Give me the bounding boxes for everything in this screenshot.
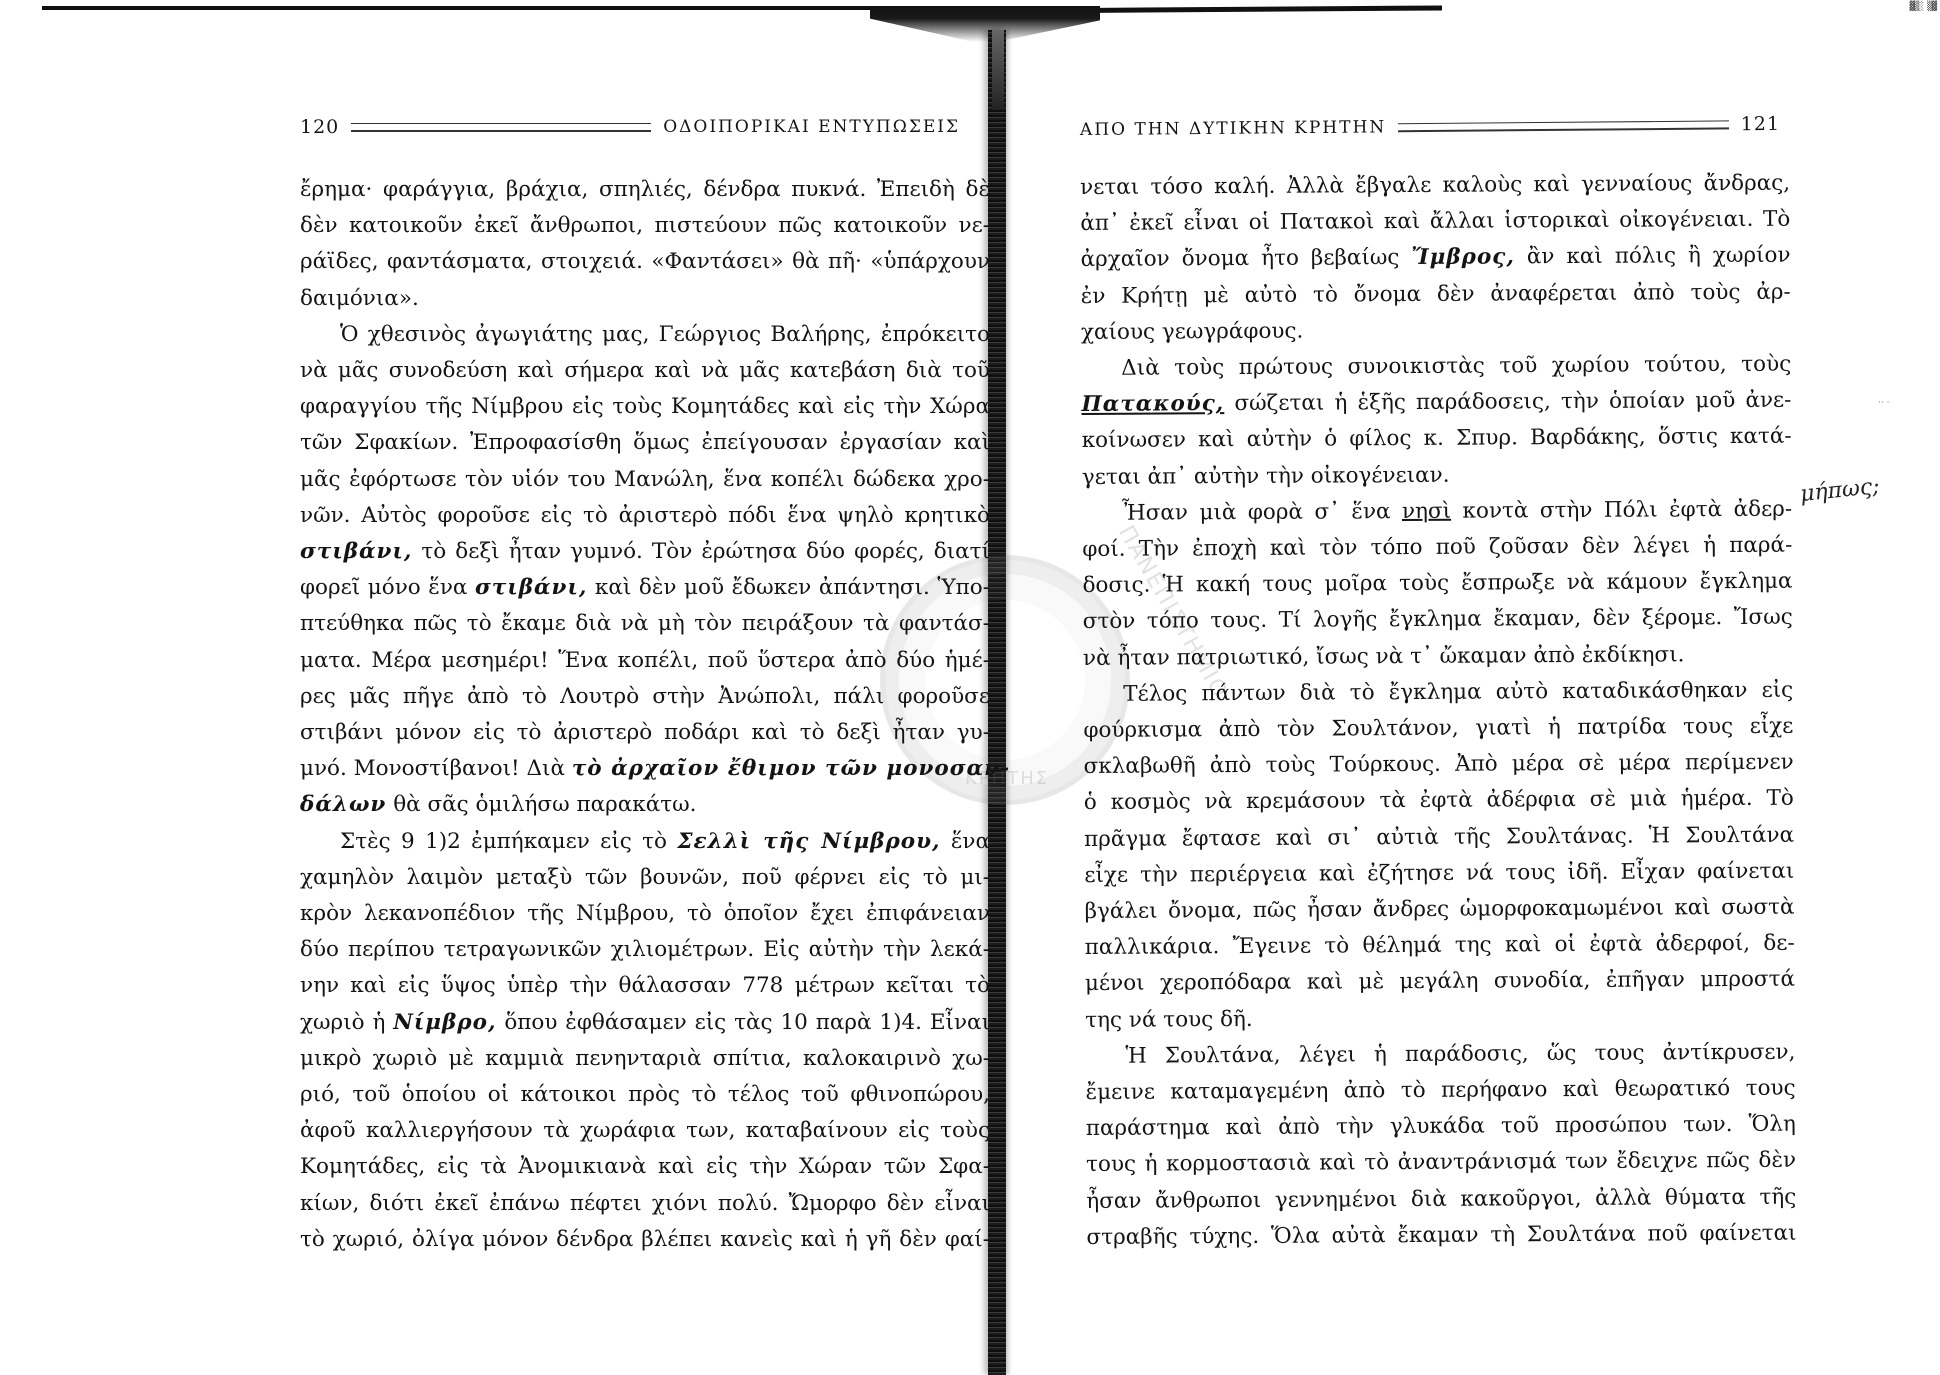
book-top-edge — [42, 6, 1002, 10]
text-line: φοί. Τὴν ἐποχὴ καὶ τὸν τόπο ποῦ ζοῦσαν δ… — [1082, 528, 1792, 569]
running-title: ΑΠΟ ΤΗΝ ΔΥΤΙΚΗΝ ΚΡΗΤΗΝ — [1080, 117, 1386, 140]
emphasized-phrase: Σελλὶ τῆς Νίμβρου, — [677, 829, 940, 854]
text-line: πρᾶγμα ἔφτασε καὶ σι᾽ αὐτιὰ τῆς Σουλτάνα… — [1084, 817, 1794, 858]
text-line: Στὲς 9 1)2 ἐμπήκαμεν εἰς τὸ Σελλὶ τῆς Νί… — [300, 824, 990, 860]
book-gutter — [988, 30, 1006, 1375]
text-line: ἐν Κρήτῃ μὲ αὐτὸ τὸ ὄνομα δὲν ἀναφέρεται… — [1081, 274, 1791, 315]
scan-artifact: ▓▒░ ▒▓ — [1909, 2, 1936, 12]
text-line: παλλικάρια. Ἔγεινε τὸ θέλημά της καὶ οἱ … — [1085, 926, 1795, 967]
emphasized-phrase: δάλων — [300, 792, 386, 817]
text-line: Κομητάδες, εἰς τὰ Ἀνομικιανὰ καὶ εἰς τὴν… — [300, 1149, 990, 1185]
text-line: βγάλει ὄνομα, πῶς ἦσαν ἄνδρες ὡμορφοκαμω… — [1084, 890, 1794, 931]
text-line: ἦσαν ἄνθρωποι γεννημένοι διὰ κακοῦργοι, … — [1086, 1179, 1796, 1220]
text-line: τὸ χωριό, ὀλίγα μόνον δένδρα βλέπει κανε… — [300, 1222, 990, 1258]
text-line: σκλαβωθῆ ἀπὸ τοὺς Τούρκους. Ἀπὸ μέρα σὲ … — [1084, 745, 1794, 786]
text-line: ἀρχαῖον ὄνομα ἦτο βεβαίως Ἴμβρος, ἂν καὶ… — [1080, 238, 1790, 279]
text-line: Τέλος πάντων διὰ τὸ ἔγκλημα αὐτὸ καταδικ… — [1083, 672, 1793, 713]
text-line: νην καὶ εἰς ὕψος ὑπὲρ τὴν θάλασσαν 778 μ… — [300, 968, 990, 1004]
running-title: ΟΔΟΙΠΟΡΙΚΑΙ ΕΝΤΥΠΩΣΕΙΣ — [663, 117, 960, 137]
text-line: παράστημα καὶ ἀπὸ τὴν γλυκάδα τοῦ προσώπ… — [1086, 1107, 1796, 1148]
text-line: φορεῖ μόνο ἕνα στιβάνι, καὶ δὲν μοῦ ἔδωκ… — [300, 570, 990, 606]
text-line: ὁ κοσμὸς νὰ κρεμάσουν τὰ ἐφτὰ ἀδέρφια σὲ… — [1084, 781, 1794, 822]
emphasized-phrase: στιβάνι, — [475, 575, 587, 600]
text-line: μᾶς ἐφόρτωσε τὸν υἱόν του Μανώλη, ἕνα κο… — [300, 462, 990, 498]
emphasized-phrase: Πατακούς, — [1081, 391, 1224, 417]
text-line: κρὸν λεκανοπέδιον τῆς Νίμβρου, τὸ ὁποῖον… — [300, 896, 990, 932]
text-line: γεται ἀπ᾽ αὐτὴν τὴν οἰκογένειαν. — [1082, 455, 1792, 496]
text-line: τῶν Σφακίων. Ἐπροφασίσθη ὅμως ἐπείγουσαν… — [300, 425, 990, 461]
text-line: ἔμεινε καταμαγεμένη ἀπὸ τὸ περήφανο καὶ … — [1086, 1071, 1796, 1112]
text-line: ράϊδες, φαντάσματα, στοιχειά. «Φαντάσει»… — [300, 244, 990, 280]
text-line: Διὰ τοὺς πρώτους συνοικιστὰς τοῦ χωρίου … — [1081, 347, 1791, 388]
text-line: ματα. Μέρα μεσημέρι! Ἕνα κοπέλι, ποῦ ὕστ… — [300, 643, 990, 679]
text-line: στιβάνι μόνον εἰς τὸ ἀριστερὸ ποδάρι καὶ… — [300, 715, 990, 751]
gutter-top-fade — [992, 30, 1004, 110]
text-line: χαίους γεωγράφους. — [1081, 310, 1791, 351]
text-line: μνό. Μονοστίβανοι! Διὰ τὸ ἀρχαῖον ἔθιμον… — [300, 751, 990, 787]
text-line: ριό, τοῦ ὁποίου οἱ κάτοικοι πρὸς τὸ τέλο… — [300, 1077, 990, 1113]
text-line: φούρκισμα ἀπὸ τὸν Σουλτάνον, γιατὶ ἡ πατ… — [1083, 709, 1793, 750]
emphasized-phrase: νησὶ — [1402, 499, 1451, 524]
text-line: πτεύθηκα πῶς τὸ ἔκαμε διὰ νὰ μὴ τὸν πειρ… — [300, 606, 990, 642]
text-line: μένοι χεροπόδαρα καὶ μὲ μεγάλη συνοδία, … — [1085, 962, 1795, 1003]
emphasized-phrase: Νίμβρο, — [393, 1010, 496, 1035]
text-line: κοίνωσεν καὶ αὐτὴν ὁ φίλος κ. Σπυρ. Βαρδ… — [1082, 419, 1792, 460]
right-running-head: ΑΠΟ ΤΗΝ ΔΥΤΙΚΗΝ ΚΡΗΤΗΝ 121 — [1080, 109, 1780, 145]
text-line: μικρὸ χωριὸ μὲ καμμιὰ πενηνταριὰ σπίτια,… — [300, 1041, 990, 1077]
right-body-text: νεται τόσο καλή. Ἀλλὰ ἔβγαλε καλοὺς καὶ … — [1080, 166, 1797, 1256]
text-line: δὲν κατοικοῦν ἐκεῖ ἄνθρωποι, πιστεύουν π… — [300, 208, 990, 244]
spine-shadow — [870, 6, 1100, 42]
text-line: ἀφοῦ καλλιεργήσουν τὰ χωράφια των, καταβ… — [300, 1113, 990, 1149]
text-line: νὰ ἦταν πατριωτικό, ἴσως νὰ τ᾽ ὤκαμαν ἀπ… — [1083, 636, 1793, 677]
text-line: κίων, διότι ἐκεῖ ἐπάνω πέφτει χιόνι πολύ… — [300, 1186, 990, 1222]
text-line: εἶχε τὴν περιέργεια καὶ ἐζήτησε νά τους … — [1084, 854, 1794, 895]
left-body-text: ἔρημα· φαράγγια, βράχια, σπηλιές, δένδρα… — [300, 172, 990, 1258]
text-line: νὰ μᾶς συνοδεύση καὶ σήμερα καὶ νὰ μᾶς κ… — [300, 353, 990, 389]
text-line: ἔρημα· φαράγγια, βράχια, σπηλιές, δένδρα… — [300, 172, 990, 208]
text-line: στὸν τόπο τους. Τί λογῆς ἔγκλημα ἔκαμαν,… — [1083, 600, 1793, 641]
text-line: Πατακούς, σώζεται ἡ ἑξῆς παράδοσεις, τὴν… — [1081, 383, 1791, 424]
text-line: δοσις. Ἡ κακή τους μοῖρα τοὺς ἔσπρωξε νὰ… — [1082, 564, 1792, 605]
text-line: της νά τους δῆ. — [1085, 998, 1795, 1039]
text-line: στιβάνι, τὸ δεξὶ ἦταν γυμνό. Τὸν ἐρώτησα… — [300, 534, 990, 570]
handwritten-margin-note: μήπως; — [1799, 474, 1881, 507]
text-line: ρες μᾶς πῆγε ἀπὸ τὸ Λουτρὸ στὴν Ἀνώπολι,… — [300, 679, 990, 715]
text-line: δάλων θὰ σᾶς ὁμιλήσω παρακάτω. — [300, 787, 990, 823]
emphasized-phrase: στιβάνι, — [300, 539, 412, 564]
text-line: ἀπ᾽ ἐκεῖ εἶναι οἱ Πατακοὶ καὶ ἄλλαι ἱστο… — [1080, 202, 1790, 243]
emphasized-phrase: τὸ ἀρχαῖον ἔθιμον τῶν μονοσαν- — [572, 756, 1010, 781]
text-line: Ἡ Σουλτάνα, λέγει ἡ παράδοσις, ὥς τους ἀ… — [1085, 1035, 1795, 1076]
page-number: 121 — [1741, 113, 1780, 135]
text-line: χωριὸ ἡ Νίμβρο, ὅπου ἐφθάσαμεν εἰς τὰς 1… — [300, 1005, 990, 1041]
text-line: στραβῆς τύχης. Ὅλα αὐτὰ ἔκαμαν τὴ Σουλτά… — [1086, 1216, 1796, 1257]
text-line: φαραγγίου τῆς Νίμβρου εἰς τοὺς Κομητάδες… — [300, 389, 990, 425]
text-line: τους ἡ κορμοστασιὰ καὶ τὸ ἀναντράνισμά τ… — [1086, 1143, 1796, 1184]
emphasized-phrase: Ἴμβρος, — [1411, 245, 1515, 271]
page-number: 120 — [300, 116, 339, 138]
header-rule — [1398, 120, 1729, 132]
text-line: νῶν. Αὐτὸς φοροῦσε εἰς τὸ ἀριστερὸ πόδι … — [300, 498, 990, 534]
left-running-head: 120 ΟΔΟΙΠΟΡΙΚΑΙ ΕΝΤΥΠΩΣΕΙΣ — [300, 112, 960, 142]
text-line: Ἦσαν μιὰ φορὰ σ᾽ ἕνα νησὶ κοντὰ στὴν Πόλ… — [1082, 491, 1792, 532]
text-line: δαιμόνια». — [300, 281, 990, 317]
margin-speck: ·· · — [1878, 398, 1889, 408]
header-rule — [351, 123, 651, 132]
text-line: Ὁ χθεσινὸς ἀγωγιάτης μας, Γεώργιος Βαλήρ… — [300, 317, 990, 353]
text-line: νεται τόσο καλή. Ἀλλὰ ἔβγαλε καλοὺς καὶ … — [1080, 166, 1790, 207]
text-line: χαμηλὸν λαιμὸν μεταξὺ τῶν βουνῶν, ποῦ φέ… — [300, 860, 990, 896]
text-line: δύο περίπου τετραγωνικῶν χιλιομέτρων. Εἰ… — [300, 932, 990, 968]
